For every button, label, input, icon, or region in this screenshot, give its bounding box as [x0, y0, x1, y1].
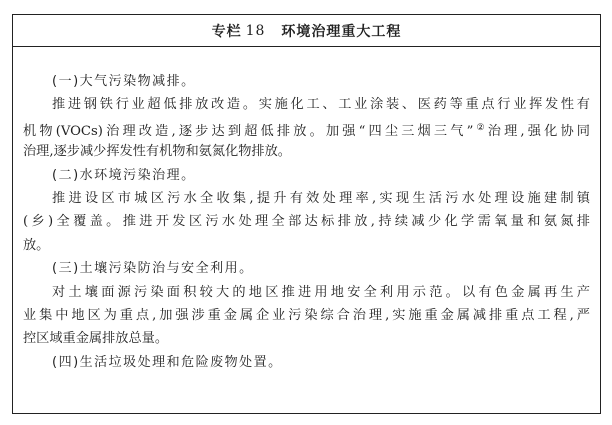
paragraph-line: 控区域重金属排放总量。: [23, 327, 590, 350]
paragraph-line: 治理,逐步减少挥发性有机物和氨氮化物排放。: [23, 140, 590, 163]
paragraph-line: (乡)全覆盖。推进开发区污水处理全部达标排放,持续减少化学需氧量和氨氮排: [23, 210, 590, 233]
paragraph-line: 推进钢铁行业超低排放改造。实施化工、工业涂装、医药等重点行业挥发性有: [23, 93, 590, 116]
column-title: 专栏 18 环境治理重大工程: [13, 15, 600, 47]
column-title-number: 18: [246, 23, 266, 39]
paragraph-line: 对土壤面源污染面积较大的地区推进用地安全利用示范。以有色金属再生产: [23, 281, 590, 304]
paragraph-text: 治理,强化协同: [488, 124, 590, 139]
paragraph-text: 机物(VOCs)治理改造,逐步达到超低排放。加强“四尘三烟三气”: [23, 124, 473, 139]
column-title-text: 环境治理重大工程: [281, 21, 401, 41]
column-box: 专栏 18 环境治理重大工程 (一)大气污染物减排。 推进钢铁行业超低排放改造。…: [12, 14, 601, 414]
column-title-prefix: 专栏: [212, 21, 242, 41]
paragraph-line: 业集中地区为重点,加强涉重金属企业污染综合治理,实施重金属减排重点工程,严: [23, 304, 590, 327]
section-heading-soil: (三)土壤污染防治与安全利用。: [23, 257, 590, 280]
footnote-marker[interactable]: ②: [473, 123, 487, 133]
paragraph-line: 放。: [23, 234, 590, 257]
section-heading-water: (二)水环境污染治理。: [23, 164, 590, 187]
paragraph-line: 机物(VOCs)治理改造,逐步达到超低排放。加强“四尘三烟三气”②治理,强化协同: [23, 117, 590, 140]
section-heading-waste: (四)生活垃圾处理和危险废物处置。: [23, 351, 590, 374]
paragraph-line: 推进设区市城区污水全收集,提升有效处理率,实现生活污水处理设施建制镇: [23, 187, 590, 210]
section-heading-air: (一)大气污染物减排。: [23, 70, 590, 93]
column-body: (一)大气污染物减排。 推进钢铁行业超低排放改造。实施化工、工业涂装、医药等重点…: [13, 47, 600, 374]
